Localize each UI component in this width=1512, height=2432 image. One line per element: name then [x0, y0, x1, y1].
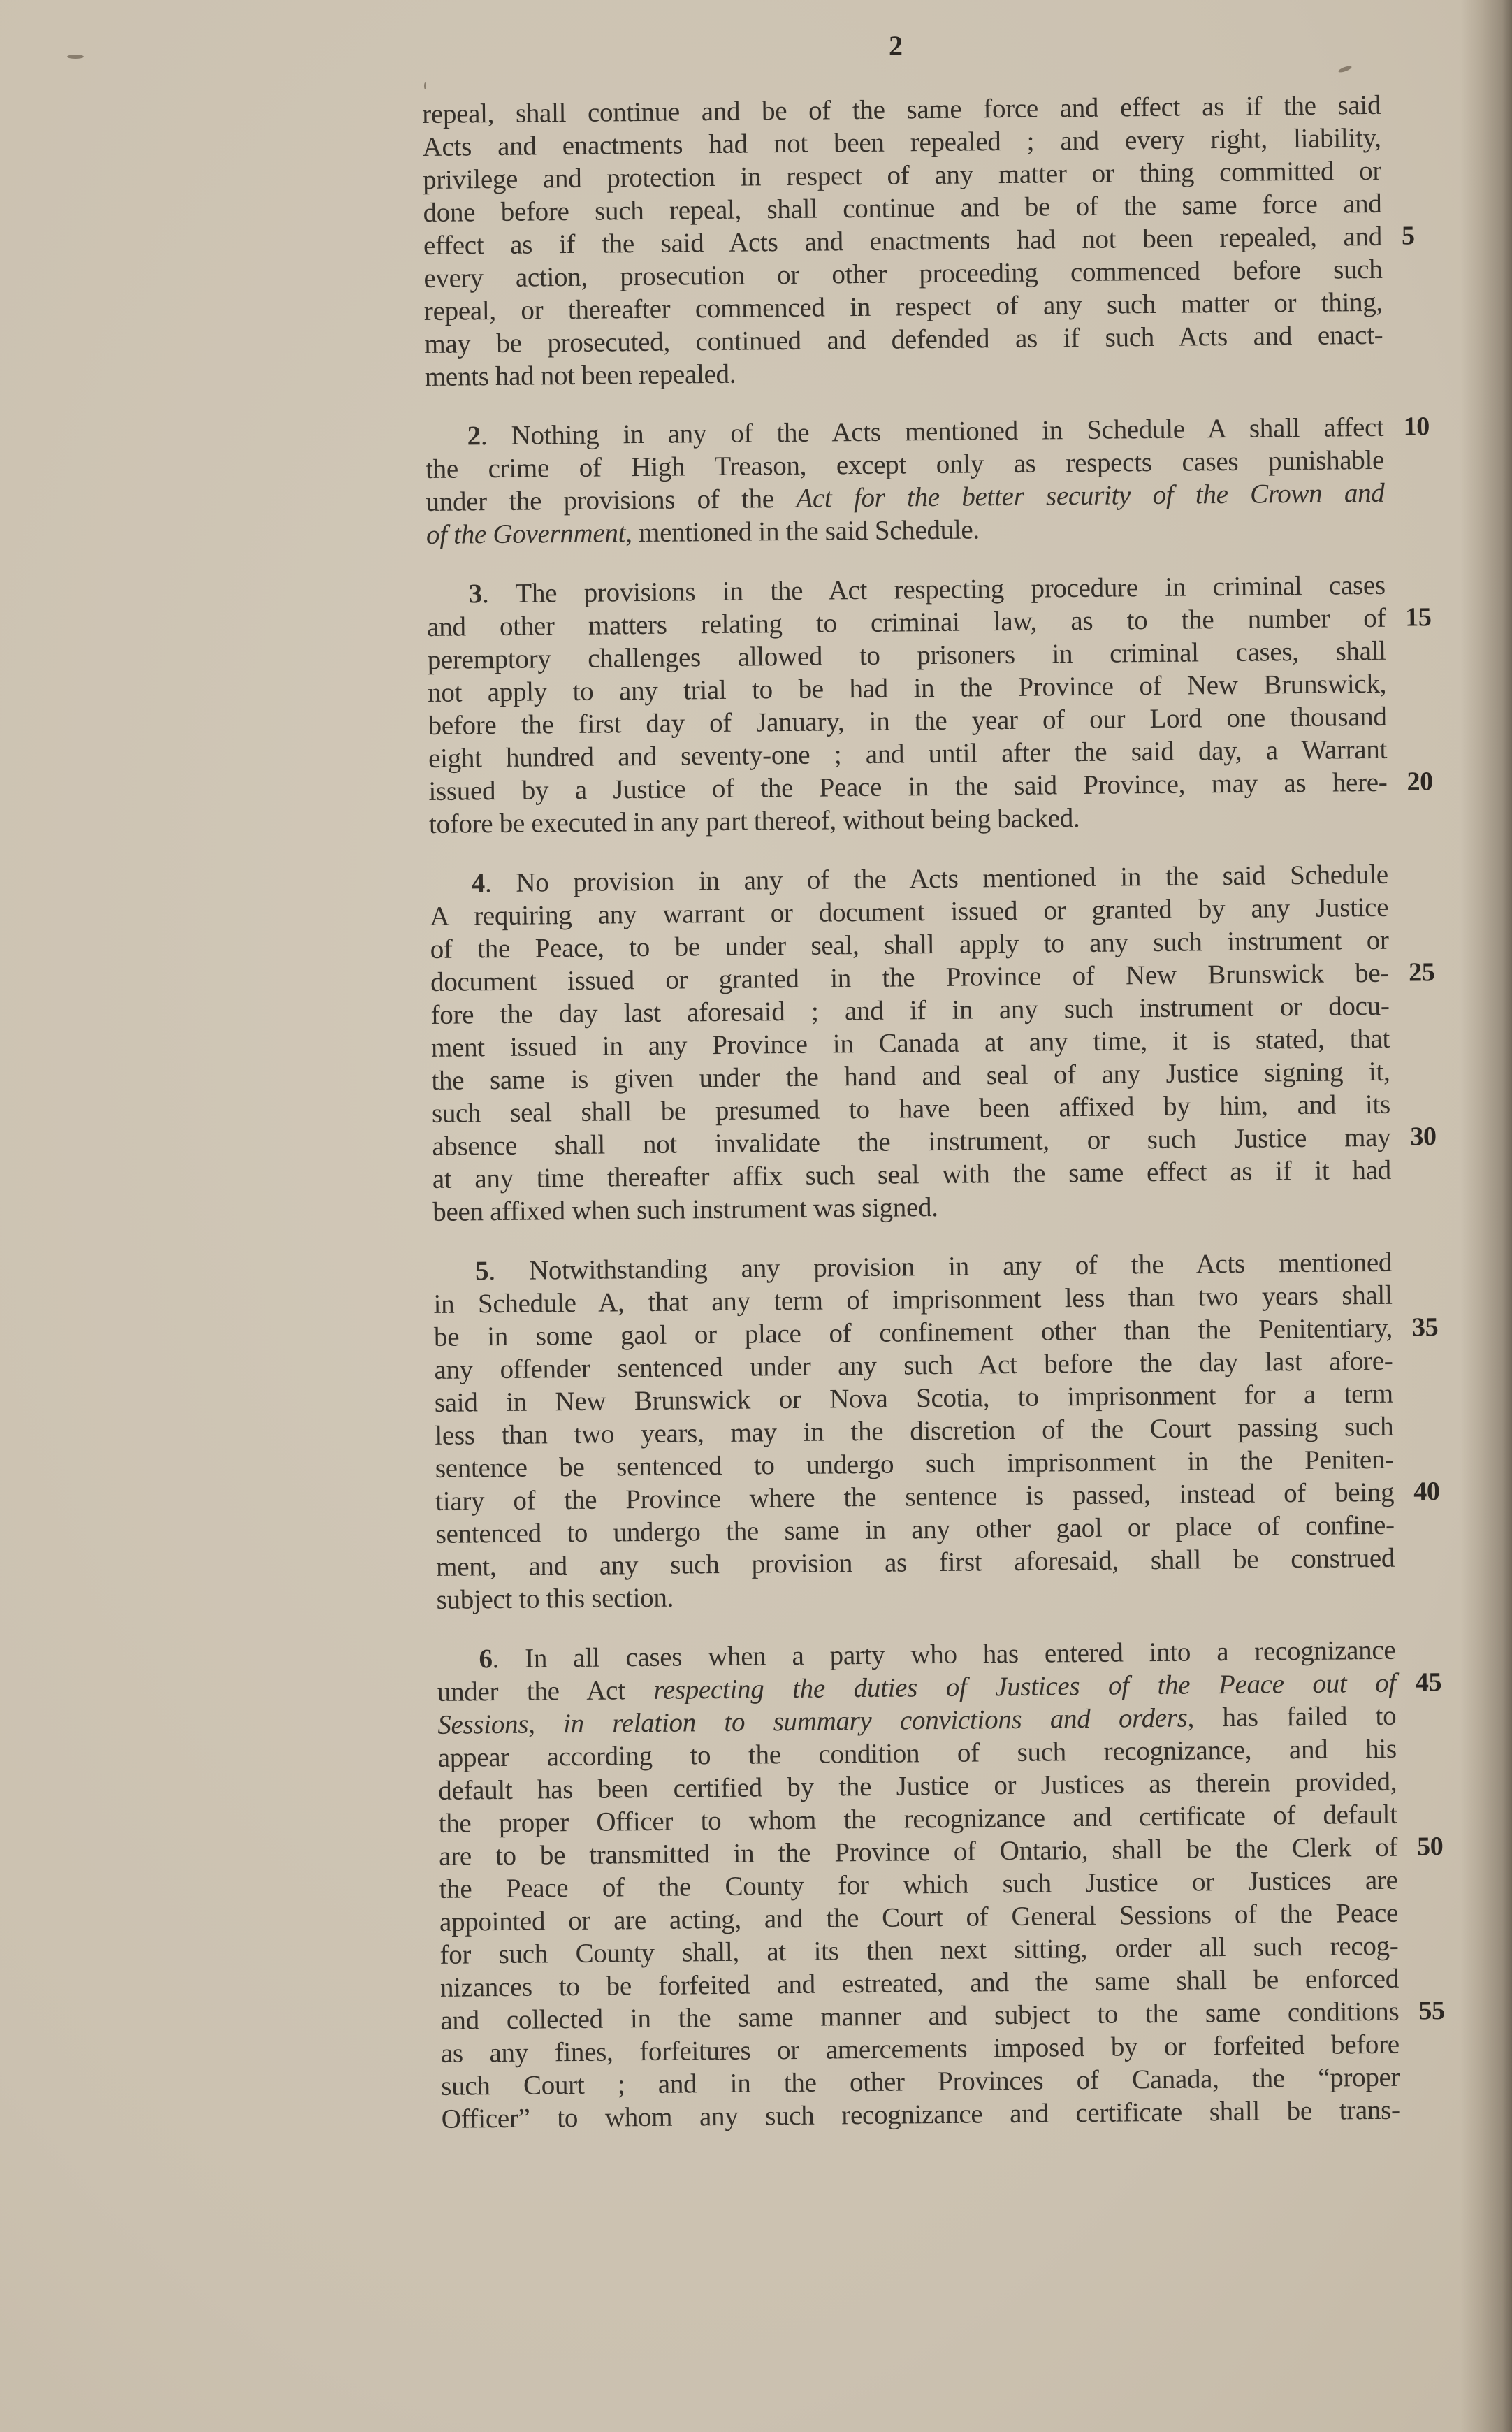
margin-line-number: 40 [1413, 1475, 1440, 1508]
margin-line-number: 55 [1418, 1995, 1445, 2027]
section-3: 3. The provisions in the Act respecting … [427, 569, 1401, 841]
section-number: 6 [479, 1644, 493, 1674]
margin-line-number: 20 [1406, 765, 1433, 798]
margin-line-number: 25 [1409, 956, 1435, 989]
margin-line-number: 30 [1410, 1120, 1437, 1153]
italic-act-title: Sessions, in relation to summary convict… [437, 1703, 1188, 1740]
paper-speck [1338, 65, 1353, 73]
italic-act-title: respecting the duties of Justices of the… [653, 1668, 1396, 1705]
continuation-paragraph: repeal, shall continue and be of the sam… [422, 89, 1396, 393]
section-number-period: . [488, 1256, 529, 1287]
italic-act-title: Act for the better security of the Crown… [796, 478, 1385, 514]
paper-speck [67, 55, 84, 59]
section-6: 6. In all cases when a party who has ent… [437, 1634, 1413, 2136]
line-text: , has failed to [1187, 1701, 1396, 1733]
line-text: been affixed when such instrument was si… [432, 1192, 938, 1227]
section-number: 5 [475, 1256, 489, 1286]
section-number-period: . [482, 579, 516, 609]
section-5: 5. Notwithstanding any provision in any … [433, 1246, 1408, 1616]
section-2: 2. Nothing in any of the Acts mentioned … [425, 411, 1397, 551]
scanned-page: 2 repeal, shall continue and be of the s… [0, 0, 1512, 2432]
section-number: 3 [469, 579, 483, 609]
italic-act-title: of the Government [426, 518, 626, 550]
margin-line-number: 50 [1417, 1830, 1444, 1863]
line-text: , mentioned in the said Schedule. [625, 514, 980, 548]
margin-line-number: 15 [1405, 601, 1432, 634]
line-text: Officer” to whom any such recognizance a… [442, 2095, 1400, 2134]
section-4: 4. No provision in any of the Acts menti… [430, 858, 1404, 1229]
line-text: tofore be executed in any part thereof, … [429, 803, 1080, 839]
line-text: under the Act [437, 1675, 654, 1707]
section-number-period: . [485, 868, 516, 898]
margin-line-number: 35 [1412, 1311, 1439, 1344]
margin-line-number: 10 [1403, 410, 1430, 443]
margin-line-number: 45 [1416, 1666, 1442, 1699]
section-number: 2 [467, 421, 481, 451]
section-number-period: . [481, 421, 511, 451]
line-text: under the provisions of the [426, 484, 796, 517]
line-text: subject to this section. [436, 1583, 674, 1615]
body-text-column: repeal, shall continue and be of the sam… [422, 89, 1413, 2162]
paper-speck [424, 82, 426, 89]
section-number: 4 [472, 868, 486, 898]
margin-line-number: 5 [1402, 219, 1415, 252]
section-number-period: . [492, 1644, 525, 1674]
page-number: 2 [889, 29, 903, 62]
line-text: ments had not been repealed. [425, 359, 736, 392]
